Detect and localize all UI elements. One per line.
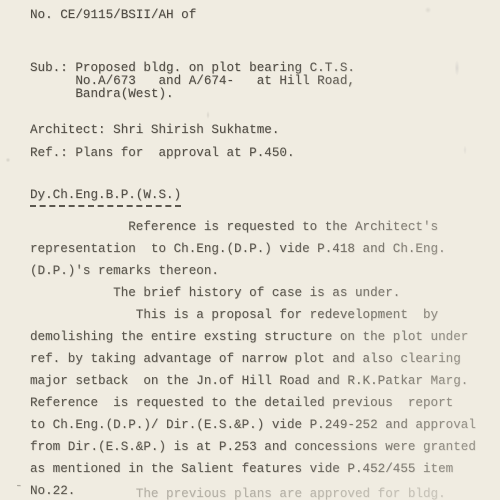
body-line: Reference is requested to the detailed p… [30,392,476,414]
reference-line: Ref.: Plans for approval at P.450. [30,146,295,160]
body-line: as mentioned in the Salient features vid… [30,458,476,480]
body-line: ref. by taking advantage of narrow plot … [30,348,476,370]
body-line: to Ch.Eng.(D.P.)/ Dir.(E.S.&P.) vide P.2… [30,414,476,436]
addressee-text: Dy.Ch.Eng.B.P.(W.S.) [30,188,181,207]
body-line: The brief history of case is as under. [30,282,476,304]
addressee-heading: Dy.Ch.Eng.B.P.(W.S.) [30,188,181,207]
body-text: Reference is requested to the Architect'… [30,216,476,500]
subject-block: Sub.: Proposed bldg. on plot bearing C.T… [30,62,355,102]
body-line: Reference is requested to the Architect'… [30,216,476,238]
architect-line: Architect: Shri Shirish Sukhatme. [30,123,279,137]
body-line: demolishing the entire exsting structure… [30,326,476,348]
body-line: major setback on the Jn.of Hill Road and… [30,370,476,392]
margin-mark: - [15,479,23,493]
document-page: No. CE/9115/BSII/AH of Sub.: Proposed bl… [0,0,500,500]
subject-line: Bandra(West). [30,88,355,101]
body-line: representation to Ch.Eng.(D.P.) vide P.4… [30,238,476,260]
body-line: from Dir.(E.S.&P.) is at P.253 and conce… [30,436,476,458]
document-ref-number: No. CE/9115/BSII/AH of [30,8,196,22]
body-line: This is a proposal for redevelopment by [30,304,476,326]
partial-bottom-line: The previous plans are approved for bldg… [30,487,446,500]
body-line: (D.P.)'s remarks thereon. [30,260,476,282]
